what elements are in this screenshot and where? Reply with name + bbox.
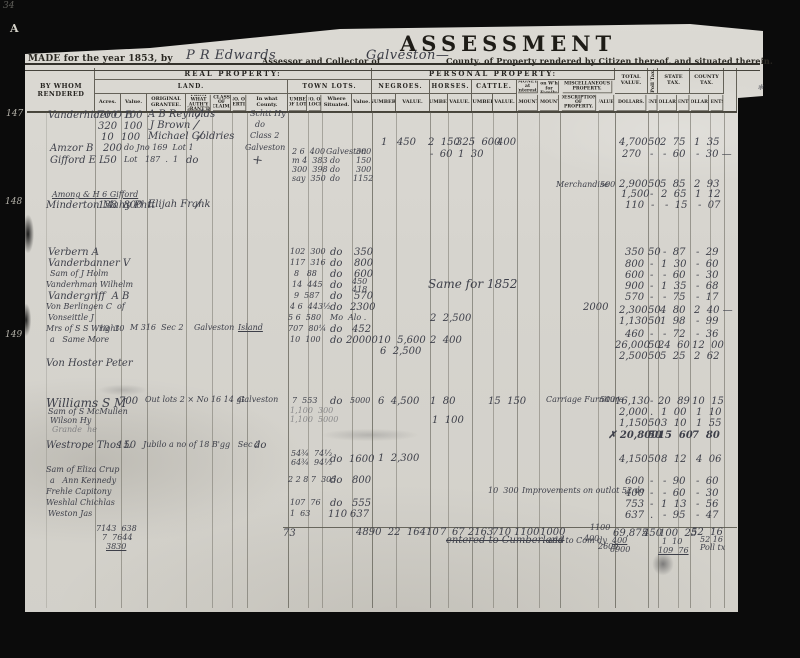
handwritten-entry: Among & H 6 Gifford xyxy=(52,191,138,199)
handwritten-entry: 50 xyxy=(648,138,661,148)
handwritten-entry: 107 76 xyxy=(290,499,321,507)
handwritten-entry: 24 60 xyxy=(658,341,690,351)
handwritten-entry: 2300 xyxy=(350,303,375,313)
column-rule xyxy=(724,112,725,608)
handwritten-entry: 7143 638 xyxy=(96,525,137,533)
handwritten-entry: 110 xyxy=(625,201,644,211)
handwritten-entry: 1 10 xyxy=(662,538,682,546)
handwritten-entry: 3 10 xyxy=(661,419,686,429)
handwritten-entry: Vanderhman Wilhelm xyxy=(46,281,133,289)
handwritten-entry: 20 89 xyxy=(658,397,690,407)
handwritten-entry: 2 6 400 xyxy=(292,148,325,156)
handwritten-entry: 8 12 xyxy=(661,455,686,465)
handwritten-entry: Poll tx xyxy=(700,544,725,552)
handwritten-entry: 50 xyxy=(648,352,661,362)
handwritten-entry: Sam of J Holm xyxy=(50,270,108,278)
handwritten-entry: 1 30 xyxy=(458,150,483,160)
handwritten-entry: 14 445 xyxy=(292,281,323,289)
handwritten-entry: do xyxy=(330,476,342,486)
handwritten-entry: - 30 xyxy=(696,271,718,281)
handwritten-entry: 4,700 xyxy=(619,138,648,148)
col-header-by-whom-rendered: BY WHOM RENDERED xyxy=(28,68,95,112)
handwritten-entry: 2 400 xyxy=(430,336,462,346)
handwritten-entry: do xyxy=(330,259,342,269)
col-group-personal-property: PERSONAL PROPERTY: xyxy=(372,68,615,80)
handwritten-entry: 10 300 xyxy=(488,487,519,495)
handwritten-entry: 6 4,500 xyxy=(378,397,419,407)
handwritten-entry: J Brown xyxy=(150,121,190,131)
handwritten-entry: 300 xyxy=(356,148,371,156)
handwritten-entry: Jubilo a no of 18 B'gg Sec 2 xyxy=(143,441,260,449)
handwritten-entry: 150 xyxy=(356,157,371,165)
handwritten-entry: 50 xyxy=(648,455,661,465)
handwritten-entry: 200 xyxy=(103,144,122,154)
handwritten-entry: 100 xyxy=(121,133,140,143)
handwritten-entry: A xyxy=(10,23,19,34)
handwritten-entry: 12 00 xyxy=(692,341,724,351)
handwritten-entry: do xyxy=(330,325,342,335)
handwritten-entry: - 60 xyxy=(696,477,718,487)
handwritten-entry: 1 12 xyxy=(695,190,720,200)
handwritten-entry: Von Hoster Peter xyxy=(46,359,133,369)
handwritten-entry: 10 xyxy=(101,133,114,143)
col-header-county-tax: COUNTY TAX. xyxy=(690,68,724,94)
col-band-miscellaneous: MISCELLANEOUS PROPERTY. xyxy=(563,81,613,94)
handwritten-entry: entered to Cumberland xyxy=(446,536,564,546)
handwritten-entry: - xyxy=(650,330,653,340)
handwritten-entry: 400 xyxy=(497,138,516,148)
handwritten-entry: - xyxy=(650,293,653,303)
handwritten-entry: 50 xyxy=(104,156,117,166)
col-subheader-misc-value: VALUE. xyxy=(599,95,614,111)
handwritten-entry: 900 xyxy=(625,282,644,292)
handwritten-entry: 26,000 xyxy=(615,341,650,351)
handwritten-entry: a Same More xyxy=(50,336,109,344)
handwritten-entry: 4890 22 16410 xyxy=(356,528,439,538)
handwritten-entry: 8 88 xyxy=(294,270,317,278)
handwritten-entry: 637 xyxy=(350,510,369,520)
handwritten-entry: 1 30 xyxy=(661,260,686,270)
handwritten-entry: - xyxy=(650,260,653,270)
handwritten-entry: 1,150 xyxy=(619,419,648,429)
handwritten-entry: Vandergriff A B xyxy=(48,292,129,302)
handwritten-entry: do Jno 169 Lot 1 xyxy=(124,144,194,152)
handwritten-entry: - 95 xyxy=(663,511,685,521)
handwritten-entry: 1 98 xyxy=(660,317,685,327)
col-subheader-state-cents: CENTS. xyxy=(679,95,690,111)
handwritten-entry: 10 100 xyxy=(290,336,321,344)
column-rule xyxy=(322,112,323,608)
col-subheader-negroes-value: VALUE. xyxy=(396,94,430,112)
handwritten-entry: 1152 xyxy=(353,175,373,183)
handwritten-entry: - xyxy=(650,489,653,499)
handwritten-entry: 2 2,500 xyxy=(430,314,471,324)
handwritten-entry: 1 10 xyxy=(696,408,721,418)
handwritten-entry: do xyxy=(254,441,266,451)
col-subheader-class-of-claim: CLASS OF CLAIM. xyxy=(213,95,231,111)
handwritten-entry: 7 80 xyxy=(692,431,720,441)
handwritten-entry: do xyxy=(330,270,342,280)
handwritten-entry: 2 65 xyxy=(661,190,686,200)
handwritten-entry: 109 76 xyxy=(658,547,689,555)
handwritten-entry: 117 316 xyxy=(290,259,326,267)
handwritten-entry: 15 150 xyxy=(488,397,526,407)
handwritten-entry: - 87 xyxy=(663,248,685,258)
handwritten-entry: 570 xyxy=(354,292,373,302)
handwritten-entry: do xyxy=(330,455,342,465)
handwritten-entry: 6 2,500 xyxy=(380,347,421,357)
col-subheader-county-dollars: DOLLARS. xyxy=(691,95,709,111)
handwritten-entry: 9 587 xyxy=(294,292,319,300)
handwritten-entry: Sam of S McMullen xyxy=(48,408,128,416)
col-band-horses: HORSES. xyxy=(430,80,472,94)
handwritten-entry: 1 63 xyxy=(290,510,310,518)
handwritten-entry: Michael Goldries xyxy=(148,132,234,142)
handwritten-entry: 400 xyxy=(625,489,644,499)
col-subheader-negroes-number: NUMBER. xyxy=(372,94,396,112)
col-band-negroes: NEGROES. xyxy=(372,80,430,94)
handwritten-entry: Out lots 2 × No 16 14 gt xyxy=(145,396,245,404)
handwritten-entry: 2 62 xyxy=(694,352,719,362)
handwritten-entry: 10 30 xyxy=(99,325,124,333)
handwritten-entry: 452 xyxy=(352,325,371,335)
handwritten-entry: do xyxy=(330,166,340,174)
handwritten-entry: Galveston xyxy=(194,324,234,332)
handwritten-entry: A B Reynolds xyxy=(148,110,215,120)
handwritten-entry: - 60 xyxy=(663,271,685,281)
handwritten-entry: do xyxy=(330,292,342,302)
col-subheader-cattle-value: VALUE. xyxy=(493,94,517,112)
handwritten-entry: . xyxy=(650,408,653,418)
handwritten-entry: Mo xyxy=(330,314,343,322)
handwritten-entry: ✱ xyxy=(757,84,764,92)
handwritten-entry: - 36 xyxy=(696,330,718,340)
handwritten-entry: 753 xyxy=(625,500,644,510)
handwritten-entry: do xyxy=(330,499,342,509)
handwritten-entry: a Ann Kennedy xyxy=(50,477,116,485)
handwritten-entry: - 56 xyxy=(696,500,718,510)
handwritten-entry: 50 xyxy=(648,248,661,258)
handwritten-entry: 570 xyxy=(625,293,644,303)
handwritten-entry: 1 35 xyxy=(694,138,719,148)
handwritten-entry: 7 7644 xyxy=(102,534,133,542)
handwritten-entry: Galveston xyxy=(238,396,278,404)
handwritten-entry: 600 xyxy=(625,271,644,281)
handwritten-entry: Lot 187 . 1 xyxy=(124,156,178,164)
handwritten-entry: - 90 xyxy=(663,477,685,487)
poll-tax-label: Poll Tax. xyxy=(650,69,656,93)
col-group-real-property: REAL PROPERTY: xyxy=(95,68,372,80)
handwritten-entry: 2 40 — xyxy=(694,306,733,316)
handwritten-entry: Wilson Hy xyxy=(50,417,91,425)
col-subheader-where-situated: Where Situated. xyxy=(322,94,352,112)
handwritten-entry: 4,150 xyxy=(619,455,648,465)
handwritten-entry: 800 xyxy=(354,259,373,269)
handwritten-entry: 73 xyxy=(283,529,296,539)
col-subheader-money-amount: AMOUNT. xyxy=(518,95,538,111)
col-band-land: LAND. xyxy=(95,80,288,94)
handwritten-entry: 460 xyxy=(625,330,644,340)
handwritten-entry: 800 xyxy=(625,260,644,270)
handwritten-entry: - xyxy=(650,282,653,292)
handwritten-entry: - 15 xyxy=(665,201,687,211)
col-subheader-state-dollars: DOLLARS. xyxy=(659,95,677,111)
handwritten-entry: Alo . xyxy=(348,314,366,322)
col-header-poll-tax: Poll Tax. xyxy=(648,68,658,94)
handwritten-entry: 400 xyxy=(612,537,627,545)
col-subheader-no-of-block: NO. OF BLOCK. xyxy=(309,95,322,111)
handwritten-entry: Class 2 xyxy=(250,132,279,140)
handwritten-entry: . xyxy=(650,511,653,521)
col-subheader-lot-value: Value. xyxy=(352,94,372,112)
handwritten-entry: Vanderbanner V xyxy=(48,259,130,269)
handwritten-entry: say 350 xyxy=(292,175,326,183)
handwritten-entry: - 60 xyxy=(663,489,685,499)
handwritten-entry: 110 xyxy=(328,510,347,520)
handwritten-entry: - 07 xyxy=(698,201,720,211)
handwritten-entry: 1 450 xyxy=(381,138,416,148)
handwritten-entry: 10 5,600 xyxy=(378,336,426,346)
handwritten-entry: 707 80¼ xyxy=(288,325,326,333)
handwritten-entry: 350 xyxy=(354,248,373,258)
col-subheader-total-dollars: DOLLARS. xyxy=(617,95,647,111)
handwritten-entry: do xyxy=(330,281,342,291)
handwritten-entry: 2,300 xyxy=(619,306,648,316)
handwritten-entry: do xyxy=(186,156,198,166)
handwritten-entry: 50 xyxy=(648,419,661,429)
col-band-town-lots: TOWN LOTS. xyxy=(288,80,372,94)
handwritten-entry: - 99 xyxy=(696,317,718,327)
handwritten-entry: 34 xyxy=(3,2,14,11)
col-subheader-no-of-certificate: NO. OF CERTIF. xyxy=(233,95,247,111)
handwritten-entry: - 17 xyxy=(696,293,718,303)
handwritten-entry: 1 35 xyxy=(661,282,686,292)
handwritten-entry: 400 xyxy=(584,535,599,543)
column-rule xyxy=(186,112,187,608)
handwritten-entry: - xyxy=(650,150,653,160)
handwritten-entry: - 47 xyxy=(696,511,718,521)
handwritten-entry: 54¾ 74⅓ xyxy=(291,450,332,458)
handwritten-entry: 1600 xyxy=(349,455,374,465)
handwritten-entry: m 4 383 xyxy=(292,157,328,165)
handwritten-entry: 700 100 xyxy=(98,111,143,121)
col-subheader-family-amount: AMOUNT. xyxy=(540,95,559,111)
handwritten-entry: 148 xyxy=(5,198,22,207)
handwritten-entry: Elijah Frank xyxy=(148,200,211,210)
handwritten-entry: 50 xyxy=(648,317,661,327)
handwritten-entry: - 29 xyxy=(696,248,718,258)
handwritten-entry: 700 xyxy=(119,397,138,407)
handwritten-entry: 5 6 580 xyxy=(288,314,321,322)
col-subheader-number-of-lot: NUMBER OF LOT. xyxy=(289,95,307,111)
handwritten-entry: - 60 xyxy=(430,150,452,160)
handwritten-entry: Amzor B xyxy=(50,144,93,154)
handwritten-entry: - xyxy=(650,190,653,200)
handwritten-entry: Grande he xyxy=(52,426,97,434)
column-rule xyxy=(247,112,248,608)
handwritten-entry: Weston Jas xyxy=(48,510,92,518)
handwritten-entry: 138 800 xyxy=(98,201,143,211)
handwritten-entry: 4 06 xyxy=(696,455,721,465)
column-rule xyxy=(448,112,449,608)
handwritten-entry: 16,130 xyxy=(615,397,650,407)
handwritten-entry: Von Berlingen C of xyxy=(46,303,125,311)
handwritten-entry: do xyxy=(330,336,342,346)
handwritten-entry: 50 xyxy=(648,306,661,316)
handwritten-entry: 1,100 5000 xyxy=(290,416,338,424)
col-header-state-tax: STATE TAX. xyxy=(658,68,690,94)
handwritten-entry: 10 15 xyxy=(692,397,724,407)
handwritten-entry: 1 13 xyxy=(661,500,686,510)
col-subheader-county-cents: CENTS. xyxy=(711,95,724,111)
handwritten-entry: 1,500 xyxy=(621,190,650,200)
col-subheader-horses-value: VALUE. xyxy=(448,94,472,112)
column-rule xyxy=(308,112,309,608)
handwritten-entry: 15 60 xyxy=(658,431,693,441)
handwritten-entry: 1100 xyxy=(590,524,610,532)
handwritten-entry: 800 xyxy=(352,476,371,486)
handwritten-entry: 7 553 xyxy=(292,397,317,405)
handwritten-entry: 1 100 xyxy=(432,416,464,426)
handwritten-entry: - 68 xyxy=(696,282,718,292)
handwritten-entry: 3830 xyxy=(106,543,126,551)
handwritten-entry: Galveston xyxy=(245,144,285,152)
handwritten-entry: 500 xyxy=(600,181,615,189)
col-subheader-description-of-property: DESCRIPTION OF PROPERTY. xyxy=(562,95,596,111)
handwritten-entry: 300 398 xyxy=(292,166,328,174)
column-rule xyxy=(212,112,213,608)
column-rule xyxy=(147,112,148,608)
handwritten-entry: 64¾ 94⅓ xyxy=(291,459,332,467)
col-header-total-value: TOTAL VALUE. xyxy=(615,68,648,94)
col-subheader-cattle-number: NUMBER. xyxy=(472,94,493,112)
handwritten-entry: 1 2,300 xyxy=(378,454,419,464)
handwritten-entry: - xyxy=(650,477,653,487)
handwritten-entry: Schtt Hy xyxy=(250,110,286,118)
handwritten-entry: 2,000 xyxy=(619,408,648,418)
handwritten-entry: Vonseittle J xyxy=(48,314,94,322)
handwritten-entry: - 75 xyxy=(663,293,685,303)
handwritten-entry: 500 xyxy=(600,396,615,404)
handwritten-entry: M 316 Sec 2 xyxy=(130,324,183,332)
handwritten-entry: 102 300 xyxy=(290,248,326,256)
handwritten-entry: 637 xyxy=(625,511,644,521)
col-subheader-horses-number: NUMBER. xyxy=(430,94,448,112)
county-name-handwritten: Galveston— xyxy=(366,48,449,63)
column-rule xyxy=(232,112,233,608)
column-rule xyxy=(352,112,353,608)
handwritten-entry: do xyxy=(330,303,342,313)
handwritten-entry: 1,130 xyxy=(619,317,648,327)
handwritten-entry: do xyxy=(255,121,265,129)
handwritten-entry: 1,100 300 xyxy=(290,407,333,415)
handwritten-entry: Island xyxy=(238,324,263,332)
handwritten-entry: Same for 1852 xyxy=(428,278,517,290)
handwritten-entry: Weshlal Chichlas xyxy=(46,499,115,507)
handwritten-entry: 20000 xyxy=(346,336,378,346)
handwritten-entry: 147 xyxy=(6,110,23,119)
handwritten-entry: 2000 xyxy=(583,303,608,313)
col-band-cattle: CATTLE. xyxy=(472,80,517,94)
handwritten-entry: 6900 xyxy=(610,546,630,554)
handwritten-entry: - xyxy=(650,500,653,510)
col-header-margin xyxy=(724,68,737,112)
handwritten-entry: 320 100 xyxy=(98,122,143,132)
handwritten-entry: 1 00 xyxy=(661,408,686,418)
col-subheader-poll-cents: CENTS. xyxy=(649,95,658,111)
handwritten-entry: 300 xyxy=(356,166,371,174)
handwritten-entry: - 30 — xyxy=(696,150,732,160)
handwritten-entry: - 72 xyxy=(663,330,685,340)
handwritten-entry: 150 xyxy=(117,441,136,451)
handwritten-entry: 2 75 xyxy=(660,138,685,148)
handwritten-entry: do xyxy=(330,248,342,258)
handwritten-entry: - xyxy=(651,201,654,211)
handwritten-entry: - 60 xyxy=(696,260,718,270)
handwritten-entry: do xyxy=(330,157,340,165)
handwritten-entry: do xyxy=(330,175,340,183)
handwritten-entry: 325 600 xyxy=(456,138,501,148)
handwritten-entry: Sam of Eliza Crup xyxy=(46,466,119,474)
handwritten-entry: 1 55 xyxy=(696,419,721,429)
handwritten-entry: 1 80 xyxy=(430,397,455,407)
handwritten-entry: 4 6 443½ xyxy=(290,303,331,311)
handwritten-entry: Gifford E L xyxy=(50,156,106,166)
handwritten-entry: - xyxy=(650,271,653,281)
handwritten-entry: 4 80 xyxy=(660,306,685,316)
col-band-money-at-interest: MONEY at Interest. xyxy=(518,81,538,94)
handwritten-entry: 2,500 xyxy=(619,352,648,362)
handwritten-entry: 5 25 xyxy=(660,352,685,362)
handwritten-entry: - 60 xyxy=(663,150,685,160)
handwritten-entry: Verbern A xyxy=(48,248,99,258)
handwritten-entry: Frehle Capitony xyxy=(46,488,111,496)
col-band-whom-on-family: Whom on W'h for Family. xyxy=(540,81,559,94)
handwritten-entry: 5000 xyxy=(350,397,370,405)
handwritten-entry: 149 xyxy=(5,331,22,340)
handwritten-entry: 350 xyxy=(625,248,644,258)
handwritten-entry: + xyxy=(251,153,264,167)
handwritten-entry: 555 xyxy=(352,499,371,509)
handwritten-entry: - 30 xyxy=(696,489,718,499)
handwritten-entry: 270 xyxy=(622,150,641,160)
scanned-assessment-document: ASSESSMENT MADE for the year 1853, by P … xyxy=(0,0,800,658)
handwritten-entry: - xyxy=(650,397,653,407)
